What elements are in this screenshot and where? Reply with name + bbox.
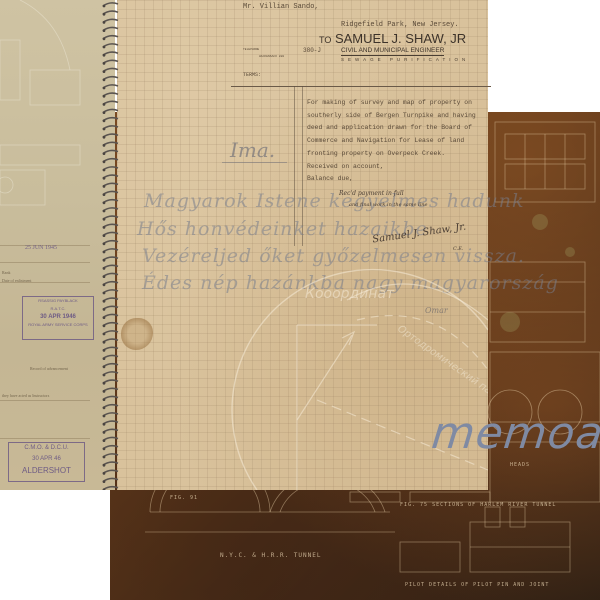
stamp-date: 30 APR 46 [9,454,84,465]
stamp-line: R.A.T.C. [23,305,93,313]
blueprint-caption-heads: HEADS [510,462,530,468]
date-stamp: 25 JUN 1945 [25,245,57,251]
service-corps-stamp: RSASSIG PAYBLACK R.A.T.C. 30 APR 1946 RO… [22,296,94,340]
blueprint-caption-tunnel: N.Y.C. & H.R.R. TUNNEL [220,552,321,559]
aldershot-stamp: C.M.O. & D.C.U. 30 APR 46 ALDERSHOT [8,442,85,482]
telescope-sketch [0,0,115,230]
stamp-date: 30 APR 1946 [23,313,93,321]
record-note: Record of advancement [30,366,68,371]
stamp-line: C.M.O. & D.C.U. [9,443,84,454]
blueprint-caption: FIG. 91 [170,495,198,501]
stamp-line: ROYAL ARMY SERVICE CORPS [23,321,93,329]
field-label-rank: Rank [2,270,10,275]
spiral-binding [100,0,120,490]
blueprint-caption-harlem: FIG. 75 SECTIONS OF HARLEM RIVER TUNNEL [400,502,556,508]
brand-wordmark: memoaris [429,408,600,459]
field-label-enlistment: Date of enlistment [2,278,32,283]
compass-overlay: Кооординат Ортодромический параллель [117,0,488,490]
military-record-document: 25 JUN 1945 Rank Date of enlistment RSAS… [0,0,115,490]
notebook-page: Mr. Villian Sando, Ridgefield Park, New … [117,0,488,490]
blueprint-caption-pilot: PILOT DETAILS OF PILOT PIN AND JOINT [405,582,549,588]
cyrillic-label: Кооординат [305,286,395,302]
stamp-line: RSASSIG PAYBLACK [23,297,93,305]
stamp-line: ALDERSHOT [9,465,84,476]
instructor-note: they have acted as Instructors [2,393,49,398]
